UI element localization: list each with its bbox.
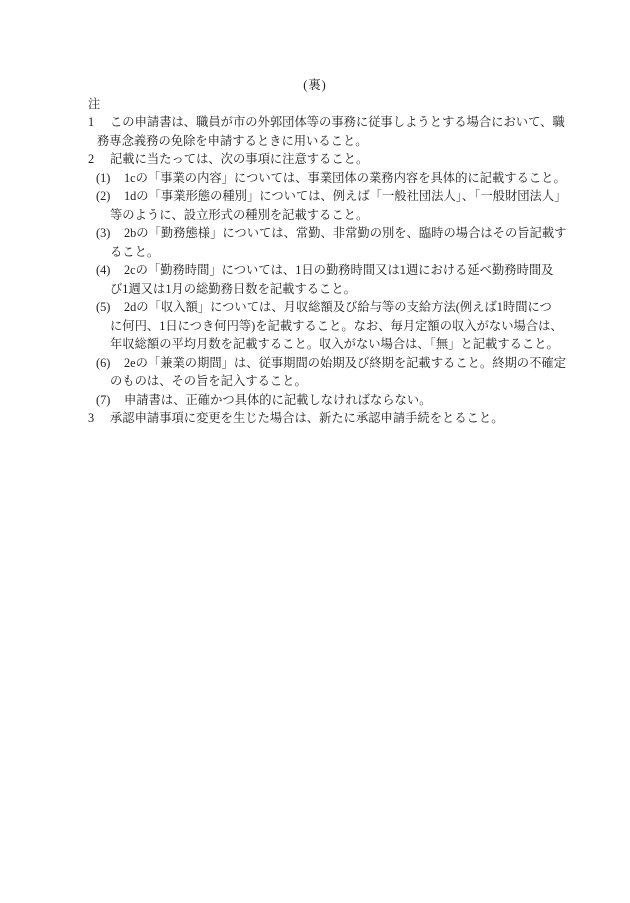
subitem-text: 2dの「収入額」については、月収総額及び給与等の支給方法(例えば1時間につ [124,300,552,314]
subitem-text: 等のように、設立形式の種別を記載すること。 [110,208,368,222]
document-page: (裏) 注 1この申請書は、職員が市の外郭団体等の事務に従事しようとする場合にお… [0,0,630,903]
subitem-number: (6) [96,354,124,373]
note-item-3: 3承認申請事項に変更を生じた場合は、新たに承認申請手続をとること。 [0,409,630,428]
note-subitem-2-continuation: 等のように、設立形式の種別を記載すること。 [0,206,630,225]
page-title-text: (裏) [303,78,327,92]
note-subitem-5-continuation: 年収総額の平均月数を記載すること。収入がない場合は、「無」と記載すること。 [0,335,630,354]
note-label: 注 [0,95,630,114]
item-text: 務専念義務の免除を申請するときに用いること。 [97,134,368,148]
subitem-text: に何円、1日につき何円等)を記載すること。なお、毎月定額の収入がない場合は、 [110,319,563,333]
item-text: 記載に当たっては、次の事項に注意すること。 [110,152,368,166]
notes-section: (裏) 注 1この申請書は、職員が市の外郭団体等の事務に従事しようとする場合にお… [0,0,630,428]
note-subitem-7: (7)申請書は、正確かつ具体的に記載しなければならない。 [0,391,630,410]
note-subitem-3: (3)2bの「勤務態様」については、常勤、非常勤の別を、臨時の場合はその旨記載す [0,224,630,243]
note-item-1-continuation: 務専念義務の免除を申請するときに用いること。 [0,132,630,151]
subitem-text: 申請書は、正確かつ具体的に記載しなければならない。 [124,393,431,407]
subitem-text: ること。 [110,245,159,259]
subitem-text: 年収総額の平均月数を記載すること。収入がない場合は、「無」と記載すること。 [110,337,559,351]
item-number: 3 [88,409,110,428]
note-subitem-4: (4)2cの「勤務時間」については、1日の勤務時間又は1週における延べ勤務時間及 [0,261,630,280]
subitem-text: び1週又は1月の総勤務日数を記載すること。 [110,282,356,296]
subitem-text: のものは、その旨を記入すること。 [110,374,307,388]
subitem-number: (7) [96,391,124,410]
subitem-number: (3) [96,224,124,243]
note-subitem-4-continuation: び1週又は1月の総勤務日数を記載すること。 [0,280,630,299]
subitem-text: 1cの「事業の内容」については、事業団体の業務内容を具体的に記載すること。 [124,171,566,185]
item-number: 2 [88,150,110,169]
note-subitem-5: (5)2dの「収入額」については、月収総額及び給与等の支給方法(例えば1時間につ [0,298,630,317]
note-item-1: 1この申請書は、職員が市の外郭団体等の事務に従事しようとする場合において、職 [0,113,630,132]
subitem-text: 2cの「勤務時間」については、1日の勤務時間又は1週における延べ勤務時間及 [124,263,553,277]
item-text: 承認申請事項に変更を生じた場合は、新たに承認申請手続をとること。 [110,411,504,425]
subitem-text: 1dの「事業形態の種別」については、例えば「一般社団法人」、「一般財団法人」 [124,189,566,203]
item-text: この申請書は、職員が市の外郭団体等の事務に従事しようとする場合において、職 [110,115,565,129]
note-subitem-2: (2)1dの「事業形態の種別」については、例えば「一般社団法人」、「一般財団法人… [0,187,630,206]
subitem-text: 2bの「勤務態様」については、常勤、非常勤の別を、臨時の場合はその旨記載す [124,226,566,240]
note-subitem-5-continuation: に何円、1日につき何円等)を記載すること。なお、毎月定額の収入がない場合は、 [0,317,630,336]
subitem-number: (5) [96,298,124,317]
subitem-number: (2) [96,187,124,206]
note-subitem-1: (1)1cの「事業の内容」については、事業団体の業務内容を具体的に記載すること。 [0,169,630,188]
subitem-number: (4) [96,261,124,280]
item-number: 1 [88,113,110,132]
note-subitem-6: (6)2eの「兼業の期間」は、従事期間の始期及び終期を記載すること。終期の不確定 [0,354,630,373]
note-subitem-3-continuation: ること。 [0,243,630,262]
subitem-number: (1) [96,169,124,188]
page-title: (裏) [0,76,630,95]
note-item-2: 2記載に当たっては、次の事項に注意すること。 [0,150,630,169]
note-label-text: 注 [88,97,100,111]
note-subitem-6-continuation: のものは、その旨を記入すること。 [0,372,630,391]
subitem-text: 2eの「兼業の期間」は、従事期間の始期及び終期を記載すること。終期の不確定 [124,356,566,370]
